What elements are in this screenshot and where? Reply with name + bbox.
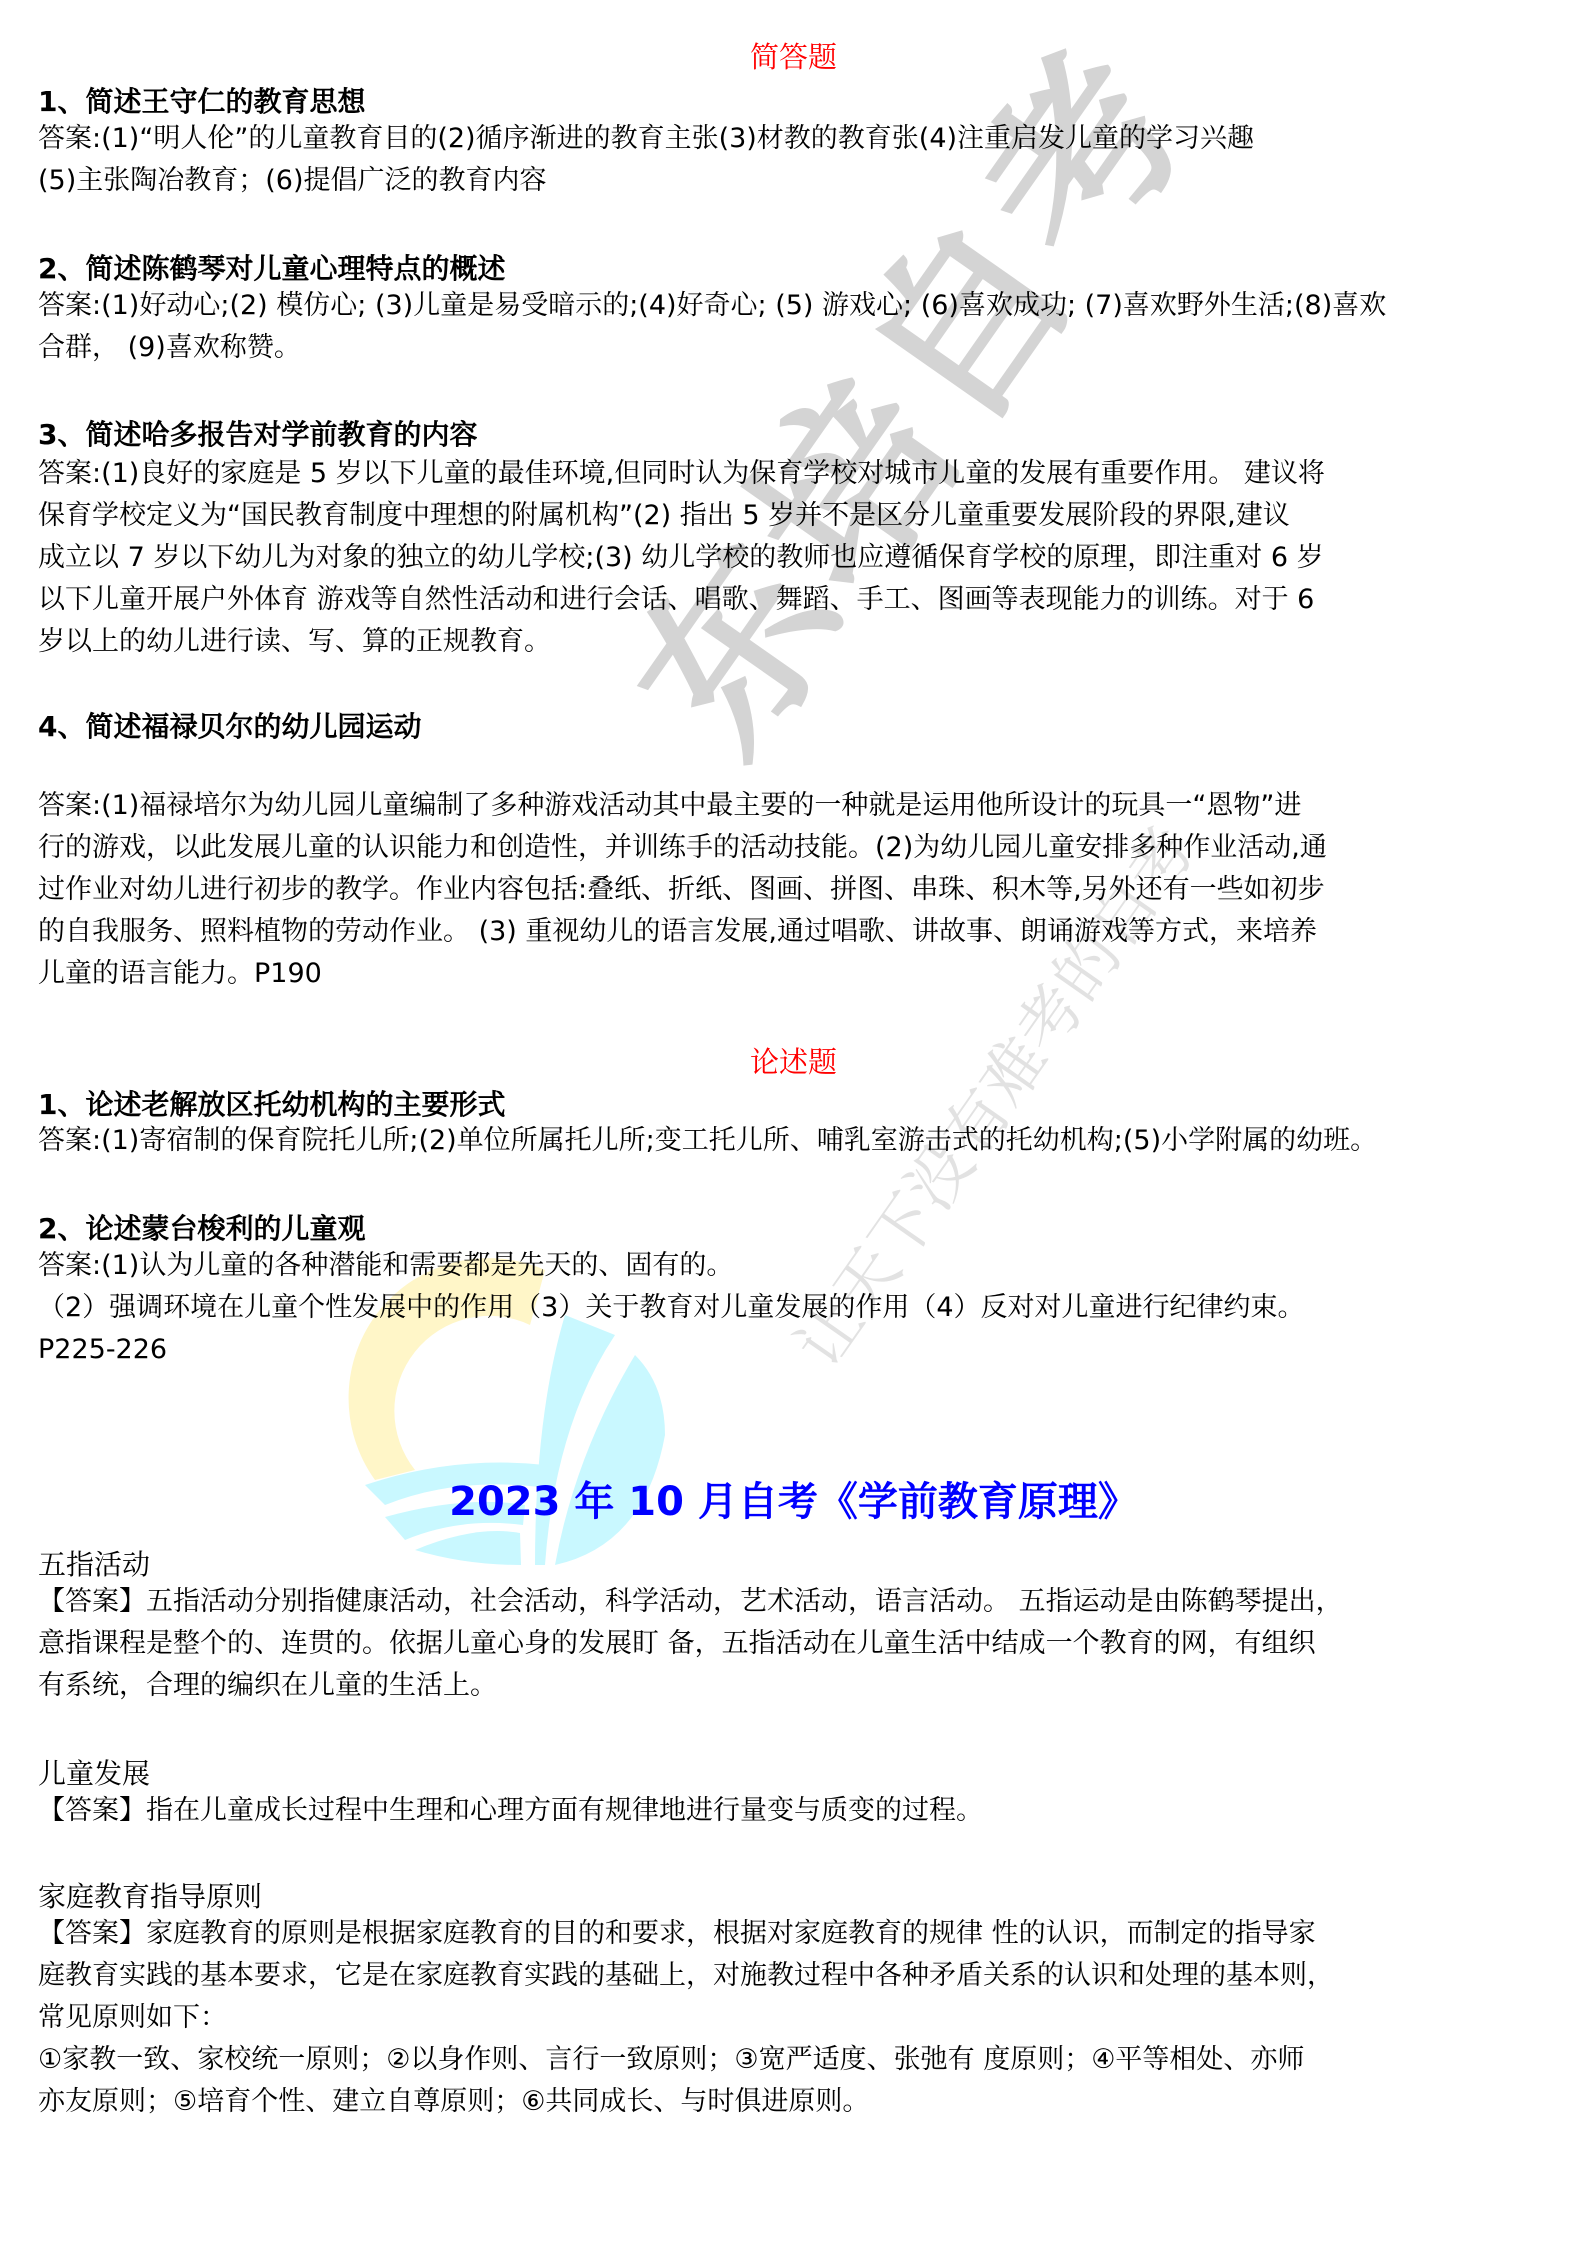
term-heading: 家庭教育指导原则 bbox=[38, 1875, 262, 1915]
answer-line: 过作业对幼儿进行初步的教学。作业内容包括:叠纸、折纸、图画、拼图、串珠、积木等,… bbox=[38, 871, 1325, 909]
answer-line: ①家教一致、家校统一原则；②以身作则、言行一致原则；③宽严适度、张弛有 度原则；… bbox=[38, 2041, 1304, 2079]
term-heading: 儿童发展 bbox=[38, 1752, 150, 1792]
answer-line: 答案:(1)好动心;(2) 模仿心; (3)儿童是易受暗示的;(4)好奇心; (… bbox=[38, 287, 1386, 325]
answer-line: 答案:(1)良好的家庭是 5 岁以下儿童的最佳环境,但同时认为保育学校对城市儿童… bbox=[38, 455, 1325, 493]
answer-line: 合群， (9)喜欢称赞。 bbox=[38, 329, 301, 367]
answer-line: P225-226 bbox=[38, 1331, 167, 1369]
answer-line: 答案:(1)福禄培尔为幼儿园儿童编制了多种游戏活动其中最主要的一种就是运用他所设… bbox=[38, 787, 1301, 825]
section-title-short-answer: 简答题 bbox=[0, 35, 1587, 76]
exam-title: 2023 年 10 月自考《学前教育原理》 bbox=[0, 1470, 1587, 1527]
answer-line: 答案:(1)“明人伦”的儿童教育目的(2)循序渐进的教育主张(3)材教的教育张(… bbox=[38, 120, 1254, 158]
question-heading: 1、论述老解放区托幼机构的主要形式 bbox=[38, 1083, 505, 1123]
answer-line: (5)主张陶冶教育；(6)提倡广泛的教育内容 bbox=[38, 162, 547, 200]
question-heading: 2、论述蒙台梭利的儿童观 bbox=[38, 1207, 365, 1247]
answer-line: 岁以上的幼儿进行读、写、算的正规教育。 bbox=[38, 623, 551, 661]
answer-line: 儿童的语言能力。P190 bbox=[38, 955, 322, 993]
question-heading: 1、简述王守仁的教育思想 bbox=[38, 80, 365, 120]
section-title-essay: 论述题 bbox=[0, 1040, 1587, 1081]
answer-line: 常见原则如下： bbox=[38, 1999, 227, 2037]
document-page: 东培自考 让天下没有难考的自考 简答题 1、简述王守仁的教育思想 答案:(1)“… bbox=[0, 0, 1587, 2245]
answer-line: 行的游戏，以此发展儿童的认识能力和创造性，并训练手的活动技能。(2)为幼儿园儿童… bbox=[38, 829, 1327, 867]
answer-line: 【答案】五指活动分别指健康活动，社会活动，科学活动，艺术活动，语言活动。 五指运… bbox=[38, 1583, 1343, 1621]
answer-line: 以下儿童开展户外体育 游戏等自然性活动和进行会话、唱歌、舞蹈、手工、图画等表现能… bbox=[38, 581, 1314, 619]
answer-line: 【答案】家庭教育的原则是根据家庭教育的目的和要求，根据对家庭教育的规律 性的认识… bbox=[38, 1915, 1316, 1953]
answer-line: 【答案】指在儿童成长过程中生理和心理方面有规律地进行量变与质变的过程。 bbox=[38, 1792, 983, 1830]
answer-line: 答案:(1)认为儿童的各种潜能和需要都是先天的、固有的。 bbox=[38, 1247, 733, 1285]
answer-line: 意指课程是整个的、连贯的。依据儿童心身的发展盯 备，五指活动在儿童生活中结成一个… bbox=[38, 1625, 1316, 1663]
question-heading: 4、简述福禄贝尔的幼儿园运动 bbox=[38, 705, 421, 745]
answer-line: 庭教育实践的基本要求，它是在家庭教育实践的基础上，对施教过程中各种矛盾关系的认识… bbox=[38, 1957, 1334, 1995]
answer-line: 亦友原则；⑤培育个性、建立自尊原则；⑥共同成长、与时俱进原则。 bbox=[38, 2083, 869, 2121]
question-heading: 3、简述哈多报告对学前教育的内容 bbox=[38, 413, 477, 453]
answer-line: 成立以 7 岁以下幼儿为对象的独立的幼儿学校;(3) 幼儿学校的教师也应遵循保育… bbox=[38, 539, 1324, 577]
answer-line: 有系统，合理的编织在儿童的生活上。 bbox=[38, 1667, 497, 1705]
question-heading: 2、简述陈鹤琴对儿童心理特点的概述 bbox=[38, 247, 505, 287]
term-heading: 五指活动 bbox=[38, 1543, 150, 1583]
answer-line: （2）强调环境在儿童个性发展中的作用（3）关于教育对儿童发展的作用（4）反对对儿… bbox=[38, 1289, 1305, 1327]
answer-line: 的自我服务、照料植物的劳动作业。 (3) 重视幼儿的语言发展,通过唱歌、讲故事、… bbox=[38, 913, 1317, 951]
answer-line: 保育学校定义为“国民教育制度中理想的附属机构”(2) 指出 5 岁并不是区分儿童… bbox=[38, 497, 1290, 535]
answer-line: 答案:(1)寄宿制的保育院托儿所;(2)单位所属托儿所;变工托儿所、哺乳室游击式… bbox=[38, 1122, 1377, 1160]
